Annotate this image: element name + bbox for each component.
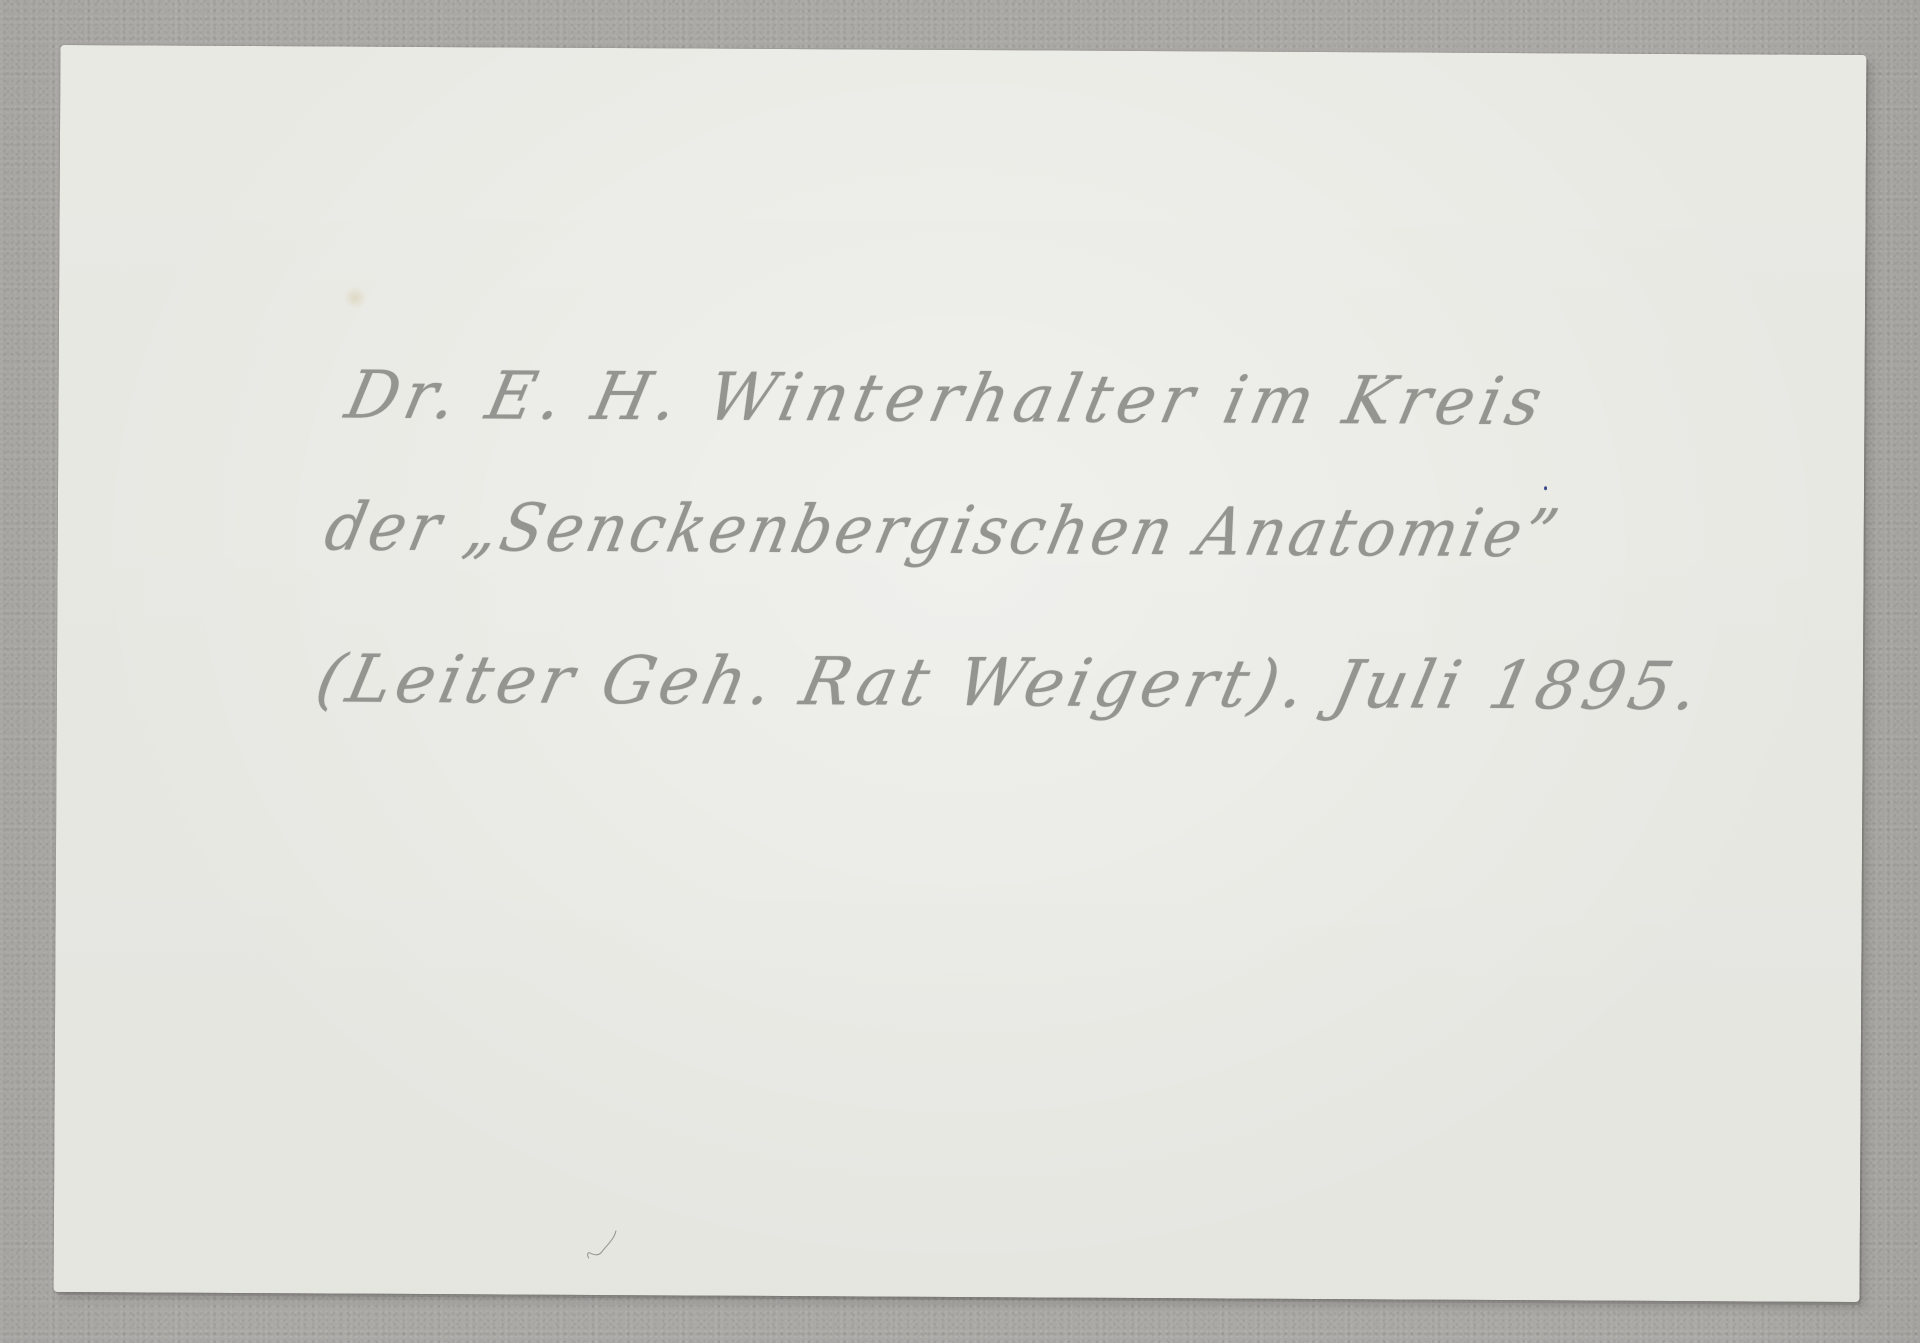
inscription-line-1: Dr. E. H. Winterhalter im Kreis (340, 363, 1553, 436)
photo-card-reverse: Dr. E. H. Winterhalter im Kreis der „Sen… (54, 45, 1867, 1302)
inscription-line-3: (Leiter Geh. Rat Weigert). Juli 1895. (311, 646, 1709, 720)
handwritten-inscription: Dr. E. H. Winterhalter im Kreis der „Sen… (54, 45, 1867, 1302)
inscription-line-2: der „Senckenbergischen Anatomie” (320, 495, 1567, 568)
